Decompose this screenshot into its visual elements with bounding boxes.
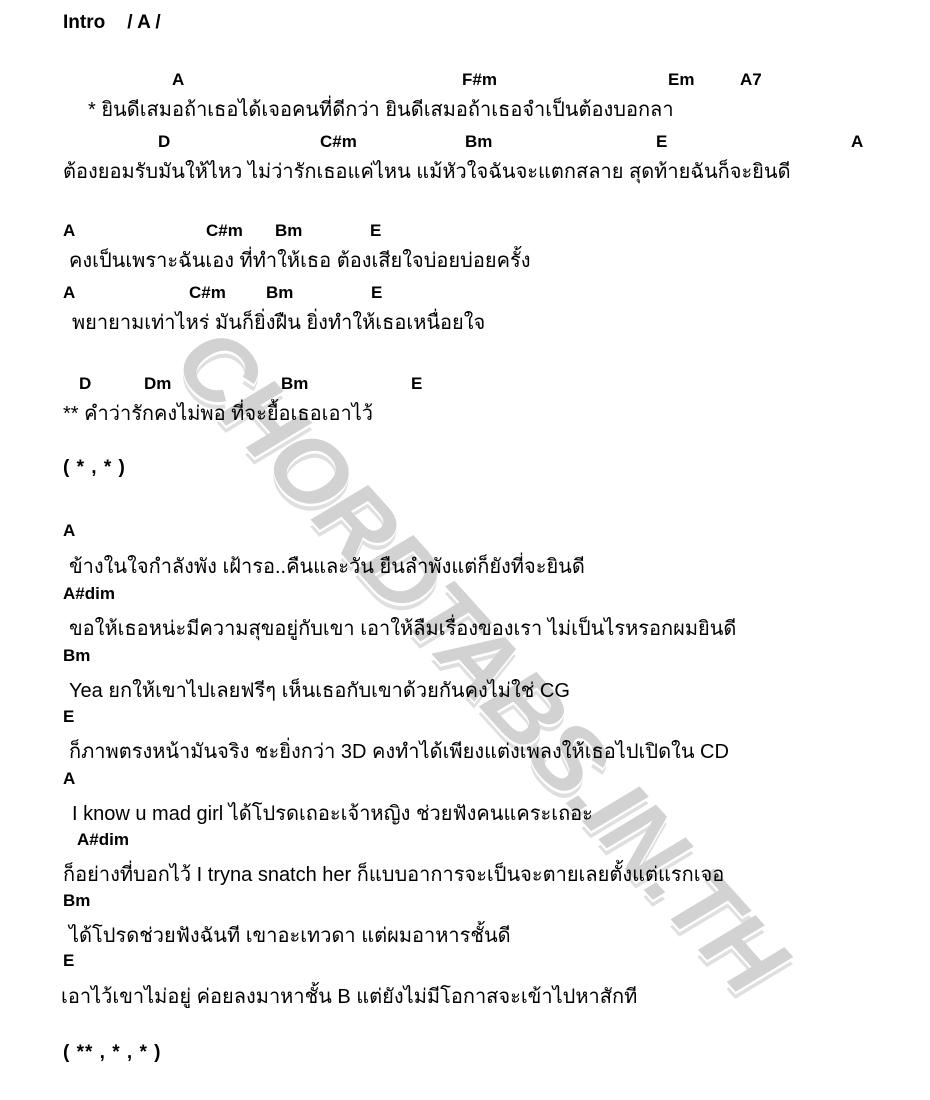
- lyric-line: * ยินดีเสมอถ้าเธอได้เจอคนที่ดีกว่า ยินดี…: [88, 93, 674, 125]
- chord: C#m: [206, 221, 243, 241]
- lyric-line: ข้างในใจกำลังพัง เฝ้ารอ..คืนและวัน ยืนลำ…: [69, 550, 585, 582]
- chord: A: [63, 521, 75, 541]
- chord: A: [851, 132, 863, 152]
- chord: E: [370, 221, 381, 241]
- repeat-marker: ( * , * ): [63, 457, 126, 479]
- lyric-line: ก็อย่างที่บอกไว้ I tryna snatch her ก็แบ…: [63, 858, 724, 890]
- chord: A: [63, 283, 75, 303]
- chord: Bm: [63, 891, 90, 911]
- lyric-line: ก็ภาพตรงหน้ามันจริง ชะยิ่งกว่า 3D คงทำได…: [69, 735, 729, 767]
- chord: A#dim: [77, 830, 129, 850]
- chord: Bm: [465, 132, 492, 152]
- chord: D: [158, 132, 170, 152]
- chord: E: [63, 707, 74, 727]
- chord: Dm: [144, 374, 171, 394]
- chord: F#m: [462, 70, 497, 90]
- lyric-line: ** คำว่ารักคงไม่พอ ที่จะยื้อเธอเอาไว้: [63, 397, 373, 429]
- lyric-line: ขอให้เธอหน่ะมีความสุขอยู่กับเขา เอาให้ลื…: [69, 612, 736, 644]
- chord: A: [63, 769, 75, 789]
- chord: A#dim: [63, 584, 115, 604]
- chord: E: [371, 283, 382, 303]
- chord: E: [656, 132, 667, 152]
- chord: Bm: [266, 283, 293, 303]
- intro-heading: Intro/ A /: [63, 12, 161, 34]
- chord: E: [63, 951, 74, 971]
- repeat-marker: ( ** , * , * ): [63, 1042, 161, 1064]
- chord: C#m: [320, 132, 357, 152]
- chord: E: [411, 374, 422, 394]
- chord: Bm: [275, 221, 302, 241]
- lyric-line: พยายามเท่าไหร่ มันก็ยิ่งฝืน ยิ่งทำให้เธอ…: [72, 306, 485, 338]
- chord: D: [79, 374, 91, 394]
- lyric-line: ได้โปรดช่วยฟังฉันที เขาอะเทวดา แต่ผมอาหา…: [69, 919, 511, 951]
- lyric-line: I know u mad girl ได้โปรดเถอะเจ้าหญิง ช่…: [72, 797, 593, 829]
- chord: A: [63, 221, 75, 241]
- intro-label: Intro: [63, 12, 105, 33]
- chord: C#m: [189, 283, 226, 303]
- lyric-line: เอาไว้เขาไม่อยู่ ค่อยลงมาหาชั้น B แต่ยัง…: [61, 980, 637, 1012]
- chord: Bm: [281, 374, 308, 394]
- chord-sheet-page: CHORDTABS.IN.TH Intro/ A / A F#m Em A7 *…: [0, 0, 930, 1100]
- chord: Bm: [63, 646, 90, 666]
- intro-chord-sequence: / A /: [127, 12, 160, 33]
- lyric-line: Yea ยกให้เขาไปเลยฟรีๆ เห็นเธอกับเขาด้วยก…: [69, 674, 570, 706]
- chord: A7: [740, 70, 762, 90]
- lyric-line: ต้องยอมรับมันให้ไหว ไม่ว่ารักเธอแค่ไหน แ…: [63, 155, 791, 187]
- lyric-line: คงเป็นเพราะฉันเอง ที่ทำให้เธอ ต้องเสียใจ…: [69, 244, 530, 276]
- chord: Em: [668, 70, 694, 90]
- chord: A: [172, 70, 184, 90]
